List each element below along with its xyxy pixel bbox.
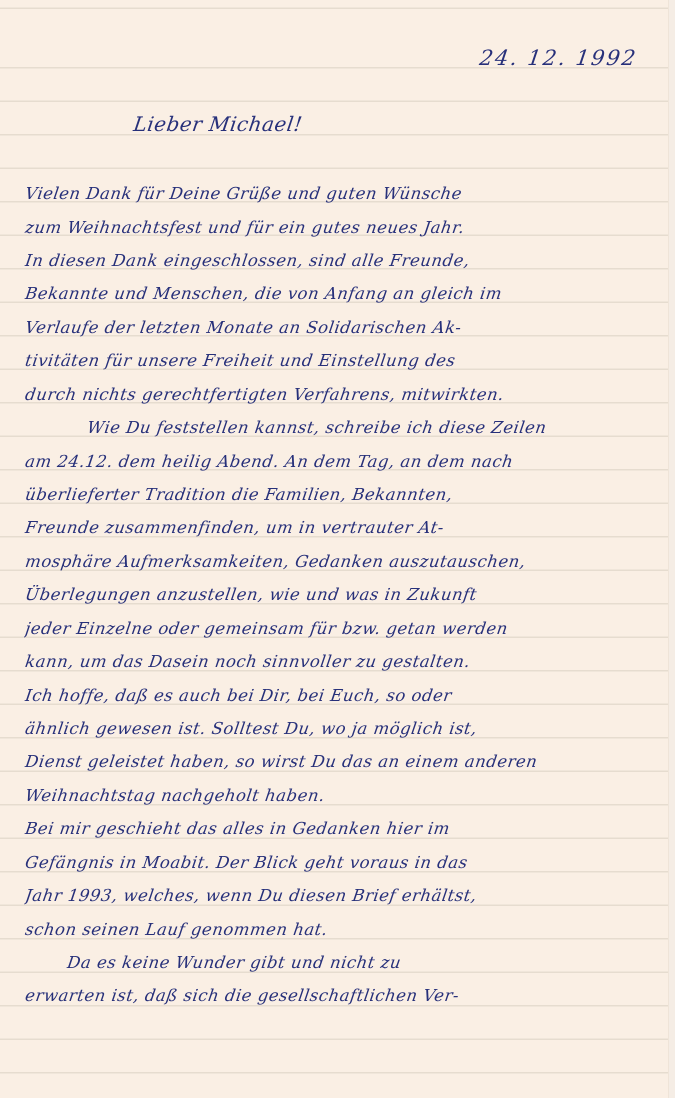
letter-line: Bekannte und Menschen, die von Anfang an… (24, 284, 667, 303)
letter-line: schon seinen Lauf genommen hat. (24, 920, 667, 939)
page-edge (668, 0, 675, 1098)
letter-line: Überlegungen anzustellen, wie und was in… (24, 585, 667, 604)
letter-line: tivitäten für unsere Freiheit und Einste… (24, 351, 667, 370)
letter-line: ähnlich gewesen ist. Solltest Du, wo ja … (24, 719, 667, 738)
letter-line: überlieferter Tradition die Familien, Be… (24, 485, 667, 504)
letter-line: Freunde zusammenfinden, um in vertrauter… (24, 518, 667, 537)
letter-line: Bei mir geschieht das alles in Gedanken … (24, 819, 667, 838)
letter-line: Jahr 1993, welches, wenn Du diesen Brief… (24, 886, 667, 905)
letter-page: 24. 12. 1992 Lieber Michael! Vielen Dank… (0, 0, 668, 1098)
letter-line: Ich hoffe, daß es auch bei Dir, bei Euch… (24, 686, 667, 705)
letter-line: Verlaufe der letzten Monate an Solidaris… (24, 318, 667, 337)
letter-line: Wie Du feststellen kannst, schreibe ich … (86, 418, 669, 437)
letter-line: Dienst geleistet haben, so wirst Du das … (24, 752, 667, 771)
letter-date: 24. 12. 1992 (478, 46, 639, 70)
letter-line: erwarten ist, daß sich die gesellschaftl… (24, 986, 667, 1005)
letter-line: kann, um das Dasein noch sinnvoller zu g… (24, 652, 667, 671)
letter-line: Weihnachtstag nachgeholt haben. (24, 786, 667, 805)
letter-line: mosphäre Aufmerksamkeiten, Gedanken ausz… (24, 552, 667, 571)
letter-line: durch nichts gerechtfertigten Verfahrens… (24, 385, 667, 404)
letter-line: Vielen Dank für Deine Grüße und guten Wü… (24, 184, 667, 203)
letter-line: jeder Einzelne oder gemeinsam für bzw. g… (24, 619, 667, 638)
letter-salutation: Lieber Michael! (132, 112, 304, 136)
letter-line: Gefängnis in Moabit. Der Blick geht vora… (24, 853, 667, 872)
letter-line: Da es keine Wunder gibt und nicht zu (66, 953, 669, 972)
letter-line: In diesen Dank eingeschlossen, sind alle… (24, 251, 667, 270)
letter-line: zum Weihnachtsfest und für ein gutes neu… (24, 218, 667, 237)
letter-line: am 24.12. dem heilig Abend. An dem Tag, … (24, 452, 667, 471)
